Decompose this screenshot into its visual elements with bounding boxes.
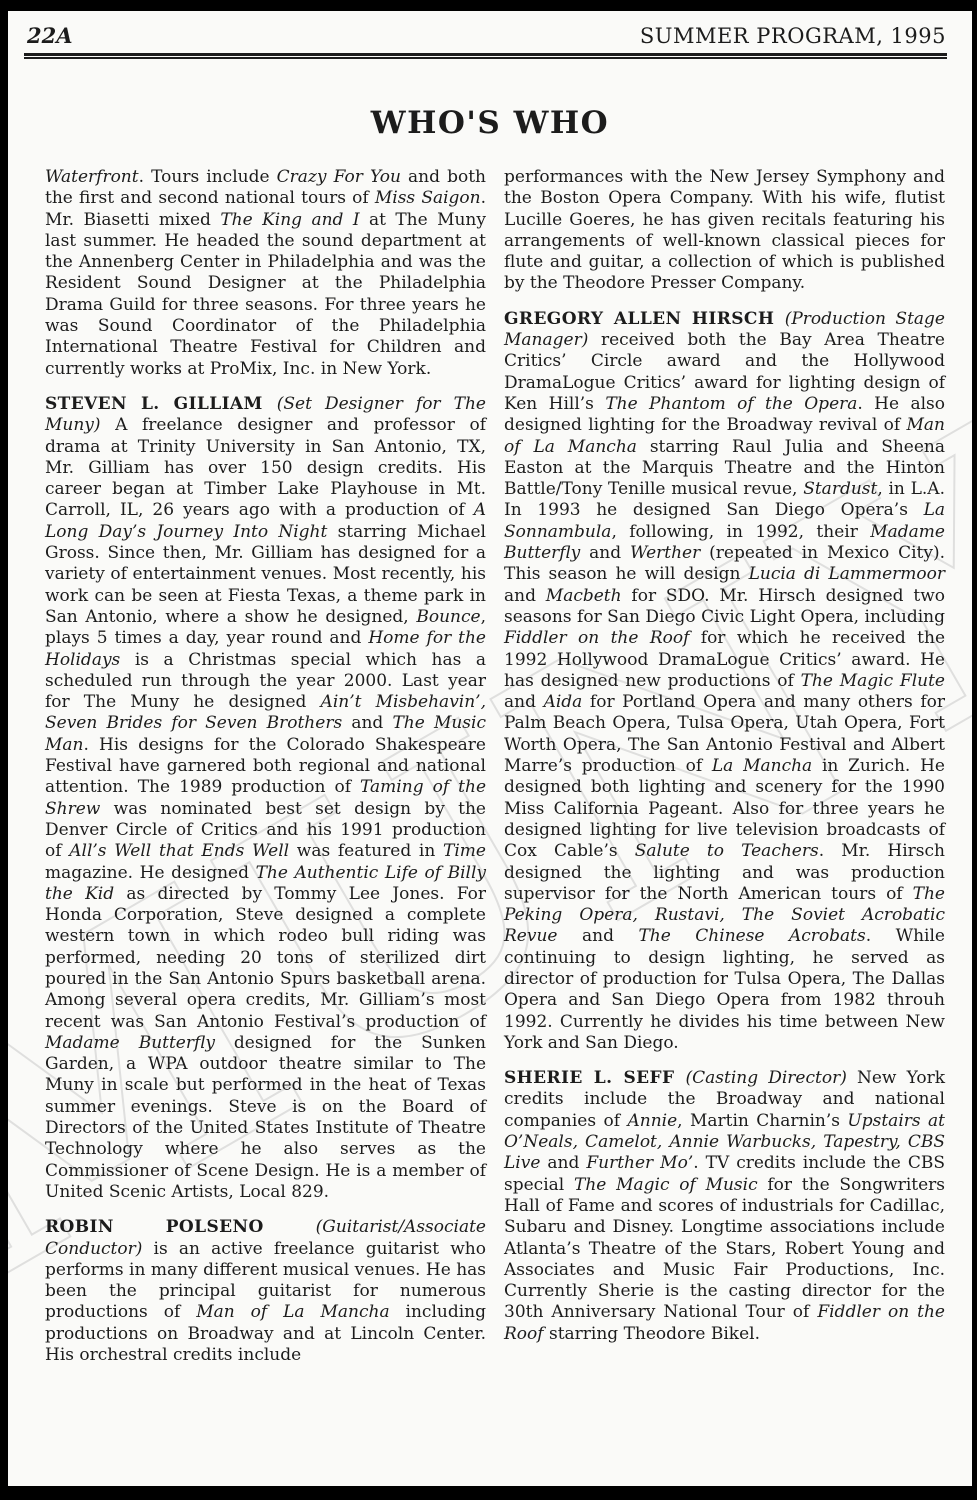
bio-paragraph: ROBIN POLSENO (Guitarist/Associate Condu… (45, 1217, 486, 1366)
bio-paragraph: Waterfront. Tours include Crazy For You … (45, 167, 486, 380)
program-page: MUNY 22A SUMMER PROGRAM, 1995 WHO'S WHO … (8, 11, 972, 1486)
scan-frame: MUNY 22A SUMMER PROGRAM, 1995 WHO'S WHO … (0, 0, 977, 1500)
page-number: 22A (27, 23, 73, 48)
column-left: Waterfront. Tours include Crazy For You … (45, 167, 486, 1380)
page-title: WHO'S WHO (8, 105, 972, 141)
bio-paragraph: SHERIE L. SEFF (Casting Director) New Yo… (504, 1068, 945, 1345)
article-body: Waterfront. Tours include Crazy For You … (45, 167, 945, 1380)
page-header: 22A SUMMER PROGRAM, 1995 (27, 23, 946, 48)
header-title: SUMMER PROGRAM, 1995 (640, 24, 946, 48)
header-double-rule (24, 53, 947, 59)
column-right: performances with the New Jersey Symphon… (504, 167, 945, 1380)
bio-paragraph: GREGORY ALLEN HIRSCH (Production Stage M… (504, 309, 945, 1054)
bio-paragraph: STEVEN L. GILLIAM (Set Designer for The … (45, 394, 486, 1203)
bio-paragraph: performances with the New Jersey Symphon… (504, 167, 945, 295)
